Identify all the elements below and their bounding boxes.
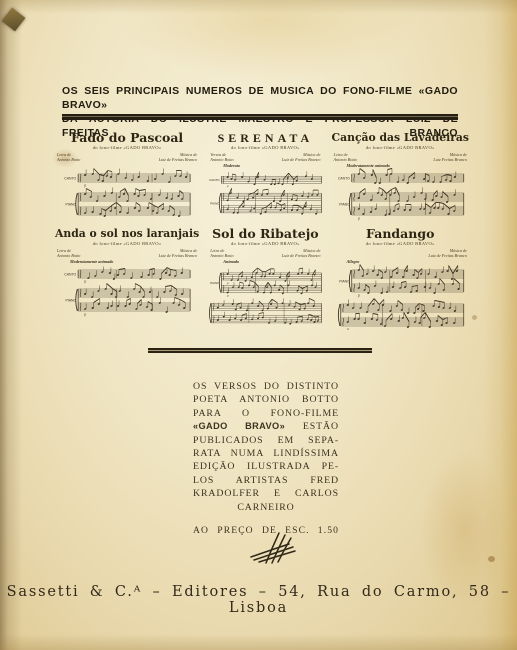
score-credits: Versos deAntonio Botto Música deLuiz de … bbox=[208, 153, 322, 163]
svg-text:PIANO: PIANO bbox=[339, 279, 350, 283]
verses-text: OS VERSOS DO DISTINTOPOETA ANTONIO BOTTO… bbox=[193, 380, 339, 514]
section-divider-rule bbox=[148, 348, 372, 353]
svg-text:CANTO: CANTO bbox=[64, 176, 76, 180]
tape-remnant bbox=[2, 8, 26, 32]
verses-announcement-block: OS VERSOS DO DISTINTOPOETA ANTONIO BOTTO… bbox=[193, 380, 339, 536]
music-staves-graphic: CANTOpPIANO bbox=[208, 168, 322, 222]
paper-stain bbox=[120, 0, 420, 80]
music-staves-graphic: CANTOpPIANO bbox=[55, 168, 199, 222]
score-credits: Música deLuiz de Freitas Branco bbox=[332, 249, 470, 259]
music-staves-graphic: CANTOPIANOp bbox=[332, 168, 470, 222]
score-credit-lyricist: Letra deAntonio Botto bbox=[334, 153, 357, 163]
score-subtitle: do fono-filme «GADO BRAVO» bbox=[332, 241, 470, 247]
score-credit-composer: Música deLuiz de Freitas Branco bbox=[282, 153, 321, 163]
svg-text:CANTO: CANTO bbox=[337, 176, 349, 180]
svg-text:p: p bbox=[357, 293, 359, 297]
score-credit-composer: Música deLuiz Freitas Branco bbox=[433, 153, 467, 163]
publisher-imprint: Sassetti & C.ᴬ – Editores – 54, Rua do C… bbox=[0, 584, 517, 616]
svg-text:PIANO: PIANO bbox=[210, 281, 220, 285]
paper-speck bbox=[472, 315, 477, 320]
paper-speck bbox=[488, 556, 495, 562]
svg-text:p: p bbox=[227, 281, 229, 285]
score-title: Canção das Lavadeiras bbox=[332, 131, 470, 145]
svg-text:CANTO: CANTO bbox=[64, 272, 76, 276]
verses-line: LOS ARTISTAS FRED bbox=[193, 474, 339, 487]
score-credits: Letra deAntonio Botto Música deLuiz Frei… bbox=[332, 153, 470, 163]
verses-line: PUBLICADOS EM SEPA- bbox=[193, 434, 339, 447]
verses-line: CARNEIRO bbox=[193, 501, 339, 514]
music-score-thumbnail: Anda o sol nos laranjais do fono-filme «… bbox=[55, 227, 199, 330]
score-credit-lyricist: Letra deAntonio Botto bbox=[210, 249, 233, 259]
verses-line: PARA O FONO-FILME bbox=[193, 407, 339, 420]
verses-line: KRADOLFER E CARLOS bbox=[193, 487, 339, 500]
score-title: Fado do Pascoal bbox=[55, 131, 199, 145]
scan-edge-shadow-top bbox=[0, 0, 517, 14]
svg-text:PIANO: PIANO bbox=[210, 201, 220, 205]
tally-hash-mark-icon bbox=[248, 528, 300, 568]
verses-line: RATA NUMA LINDÍSSIMA bbox=[193, 447, 339, 460]
music-score-thumbnail: Fandango do fono-filme «GADO BRAVO» Músi… bbox=[332, 227, 470, 330]
score-credit-composer: Música deLuiz de Freitas Branco bbox=[159, 249, 198, 259]
music-score-thumbnail: Sol do Ribatejo do fono-filme «GADO BRAV… bbox=[208, 227, 322, 330]
svg-text:p: p bbox=[84, 183, 86, 187]
music-staves-graphic: CANTOpPIANOp bbox=[55, 264, 199, 318]
score-credit-composer: Música deLuiz de Freitas Branco bbox=[282, 249, 321, 259]
svg-text:PIANO: PIANO bbox=[339, 202, 350, 206]
svg-text:CANTO: CANTO bbox=[209, 178, 220, 182]
score-subtitle: do fono-filme «GADO BRAVO» bbox=[208, 241, 322, 247]
music-score-grid: Fado do Pascoal do fono-filme «GADO BRAV… bbox=[55, 131, 469, 330]
header-rule bbox=[62, 114, 458, 120]
svg-text:p: p bbox=[227, 184, 229, 188]
verses-line: OS VERSOS DO DISTINTO bbox=[193, 380, 339, 393]
score-title: Sol do Ribatejo bbox=[208, 227, 322, 241]
music-staves-graphic: PIANOpp bbox=[208, 264, 322, 330]
score-credit-composer: Música deLuiz de Freitas Branco bbox=[428, 249, 467, 259]
music-score-thumbnail: SERENATA do fono-filme «GADO BRAVO» Vers… bbox=[208, 131, 322, 222]
scan-edge-shadow-left bbox=[0, 0, 22, 650]
verses-line: «GADO BRAVO» ESTÃO bbox=[193, 420, 339, 433]
score-credit-composer: Música deLuiz de Freitas Branco bbox=[159, 153, 198, 163]
verses-line: POETA ANTONIO BOTTO bbox=[193, 393, 339, 406]
score-credits: Letra deAntonio Botto Música deLuiz de F… bbox=[55, 153, 199, 163]
scanned-back-cover-page: OS SEIS PRINCIPAIS NUMEROS DE MUSICA DO … bbox=[0, 0, 517, 650]
scan-edge-shadow-right bbox=[483, 0, 517, 650]
score-credits: Letra deAntonio Botto Música deLuiz de F… bbox=[208, 249, 322, 259]
score-subtitle: do fono-filme «GADO BRAVO» bbox=[208, 145, 322, 151]
score-subtitle: do fono-filme «GADO BRAVO» bbox=[55, 241, 199, 247]
verses-line: EDIÇÃO ILUSTRADA PE- bbox=[193, 460, 339, 473]
music-staves-graphic: PIANOpp bbox=[332, 264, 470, 330]
svg-text:p: p bbox=[84, 312, 86, 316]
scan-edge-shadow-bottom bbox=[0, 634, 517, 650]
svg-text:p: p bbox=[84, 279, 86, 283]
svg-text:p: p bbox=[227, 293, 229, 297]
score-credit-lyricist: Versos deAntonio Botto bbox=[210, 153, 233, 163]
score-title: SERENATA bbox=[208, 131, 322, 145]
svg-text:p: p bbox=[346, 327, 348, 330]
title-banner-line1: OS SEIS PRINCIPAIS NUMEROS DE MUSICA DO … bbox=[62, 84, 458, 112]
svg-text:PIANO: PIANO bbox=[66, 202, 77, 206]
score-subtitle: do fono-filme «GADO BRAVO» bbox=[55, 145, 199, 151]
score-title: Anda o sol nos laranjais bbox=[55, 227, 199, 241]
svg-text:p: p bbox=[357, 216, 359, 220]
score-title: Fandango bbox=[332, 227, 470, 241]
music-score-thumbnail: Canção das Lavadeiras do fono-filme «GAD… bbox=[332, 131, 470, 222]
svg-text:PIANO: PIANO bbox=[66, 298, 77, 302]
score-credit-lyricist: Letra deAntonio Botto bbox=[57, 249, 80, 259]
score-credits: Letra deAntonio Botto Música deLuiz de F… bbox=[55, 249, 199, 259]
score-subtitle: do fono-filme «GADO BRAVO» bbox=[332, 145, 470, 151]
score-credit-lyricist: Letra deAntonio Botto bbox=[57, 153, 80, 163]
music-score-thumbnail: Fado do Pascoal do fono-filme «GADO BRAV… bbox=[55, 131, 199, 222]
